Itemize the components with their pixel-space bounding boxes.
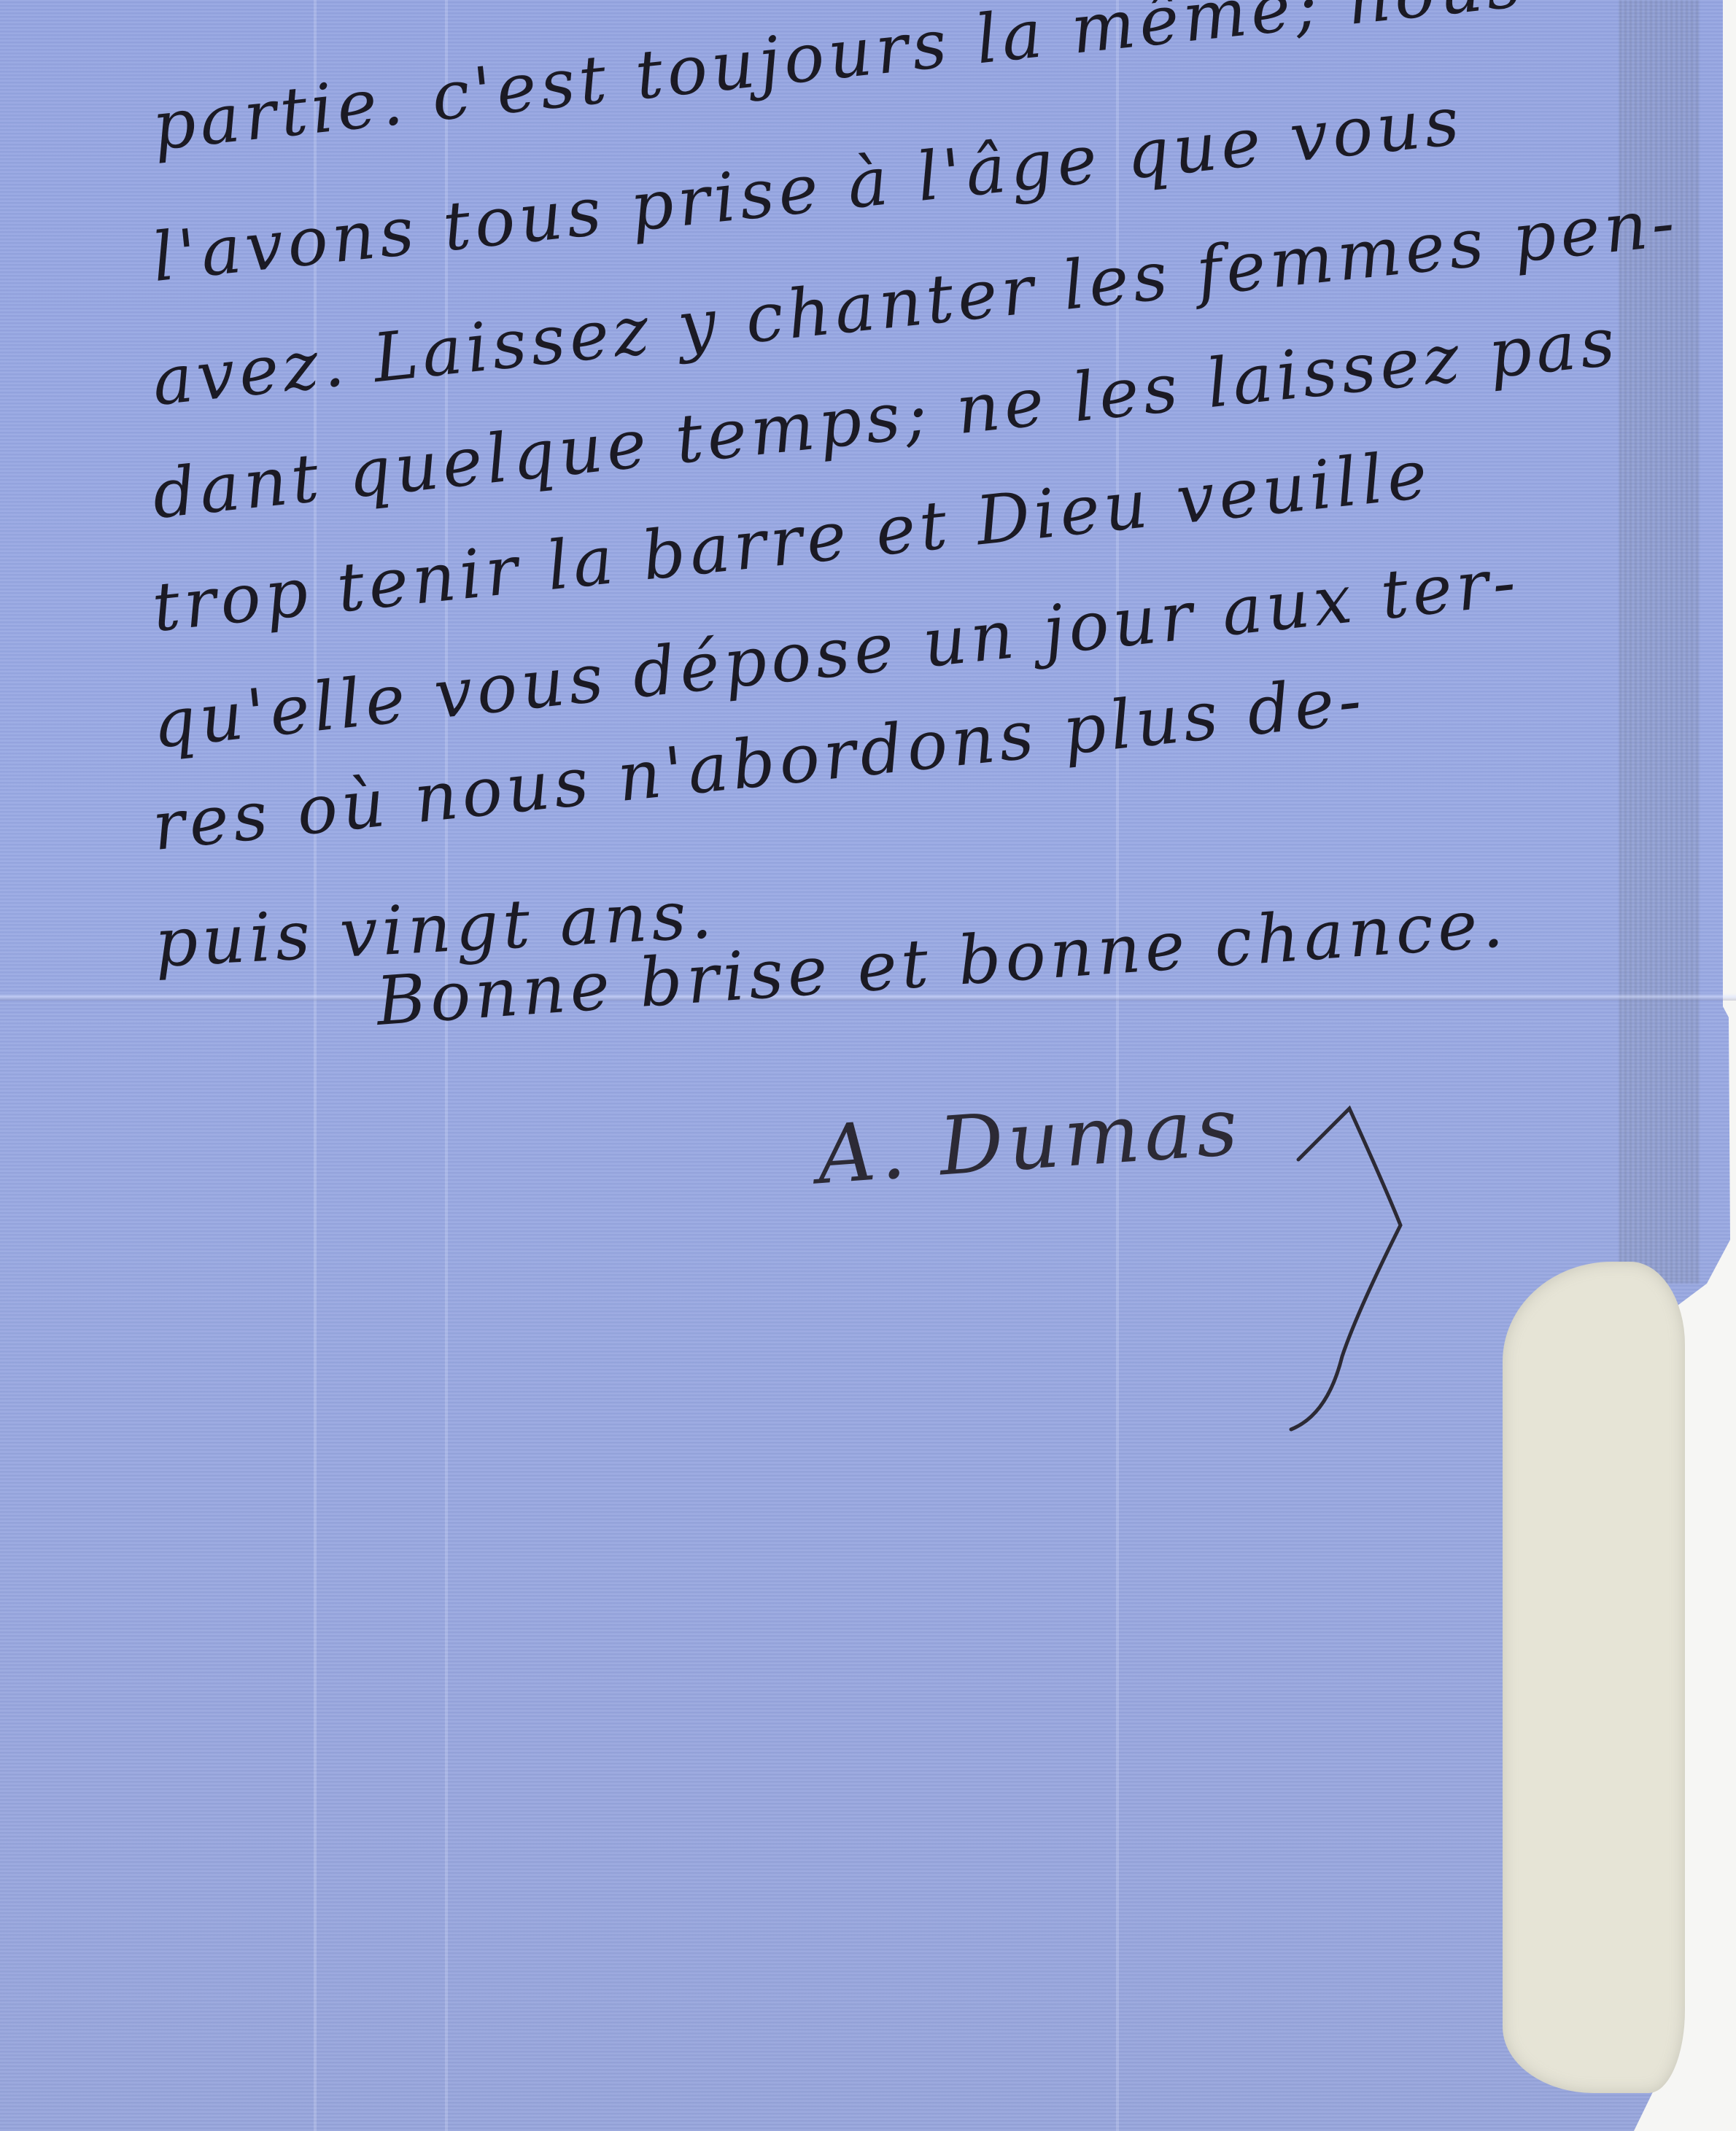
signature-flourish bbox=[1284, 1079, 1590, 1459]
signature: A. Dumas bbox=[814, 1079, 1244, 1202]
letter-body: partie. c'est toujours la même; nous l'a… bbox=[0, 0, 1736, 2131]
